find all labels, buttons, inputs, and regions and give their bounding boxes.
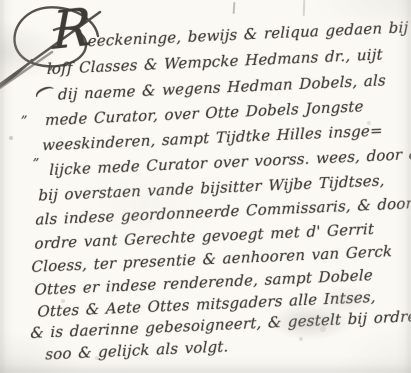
margin-insertion-mark: „ — [20, 106, 27, 121]
initial-letter: R — [52, 2, 91, 58]
manuscript-line: soo & gelijck als volgt. — [45, 339, 228, 362]
margin-insertion-mark: „ — [32, 148, 39, 163]
initial-letter-flourish: R — [0, 0, 124, 104]
manuscript-scan: R eeckeninge, bewijs & reliqua gedaen bi… — [0, 0, 411, 373]
manuscript-line: eeckeninge, bewijs & reliqua gedaen bij … — [88, 18, 411, 49]
